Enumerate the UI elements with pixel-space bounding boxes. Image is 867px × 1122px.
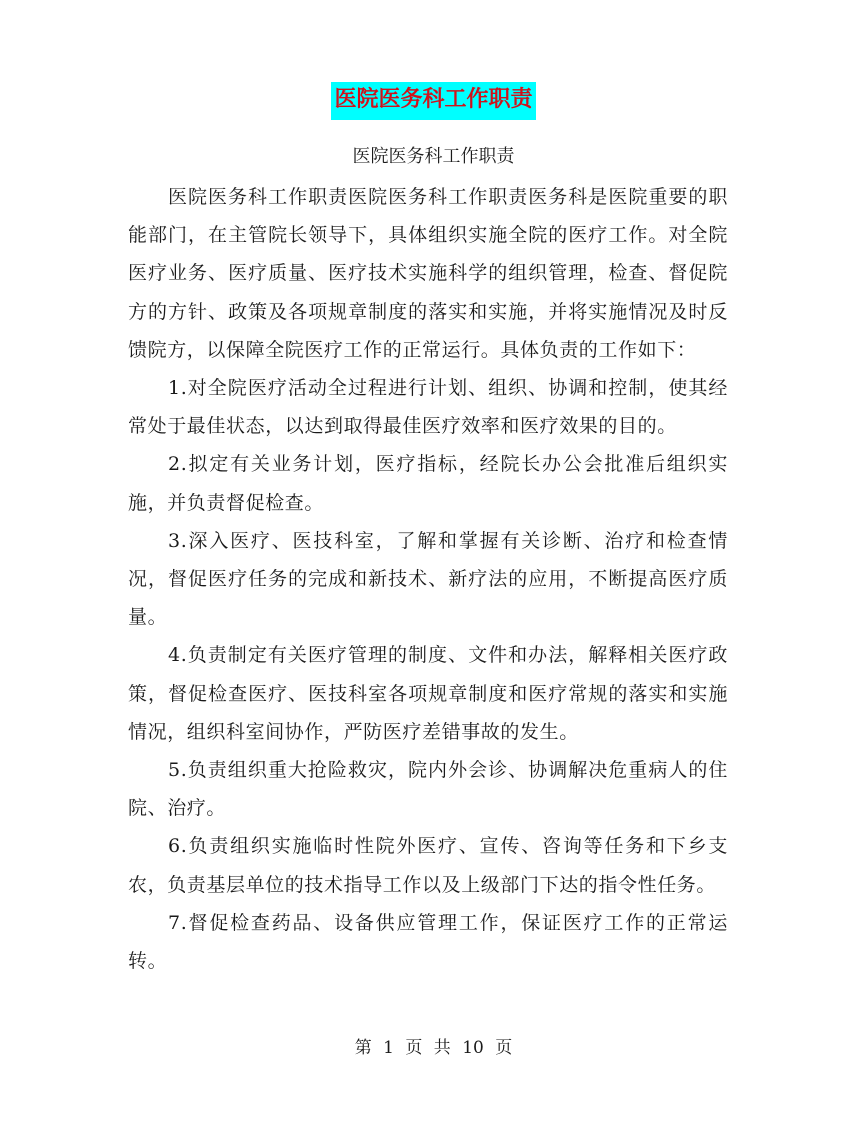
duty-item-5: 5.负责组织重大抢险救灾，院内外会诊、协调解决危重病人的住院、治疗。 (128, 751, 728, 827)
document-title: 医院医务科工作职责 (331, 82, 535, 120)
duty-item-2: 2.拟定有关业务计划，医疗指标，经院长办公会批准后组织实施，并负责督促检查。 (128, 445, 728, 521)
duty-item-3: 3.深入医疗、医技科室，了解和掌握有关诊断、治疗和检查情况，督促医疗任务的完成和… (128, 522, 728, 637)
duty-item-6: 6.负责组织实施临时性院外医疗、宣传、咨询等任务和下乡支农，负责基层单位的技术指… (128, 827, 728, 903)
title-container: 医院医务科工作职责 (0, 82, 867, 120)
document-body: 医院医务科工作职责医院医务科工作职责医务科是医院重要的职能部门，在主管院长领导下… (128, 178, 728, 980)
duty-item-7: 7.督促检查药品、设备供应管理工作，保证医疗工作的正常运转。 (128, 904, 728, 980)
page-number-footer: 第 1 页 共 10 页 (0, 1033, 867, 1058)
document-subtitle: 医院医务科工作职责 (0, 145, 867, 169)
duty-item-1: 1.对全院医疗活动全过程进行计划、组织、协调和控制，使其经常处于最佳状态，以达到… (128, 369, 728, 445)
duty-item-4: 4.负责制定有关医疗管理的制度、文件和办法，解释相关医疗政策，督促检查医疗、医技… (128, 636, 728, 751)
intro-paragraph: 医院医务科工作职责医院医务科工作职责医务科是医院重要的职能部门，在主管院长领导下… (128, 178, 728, 369)
